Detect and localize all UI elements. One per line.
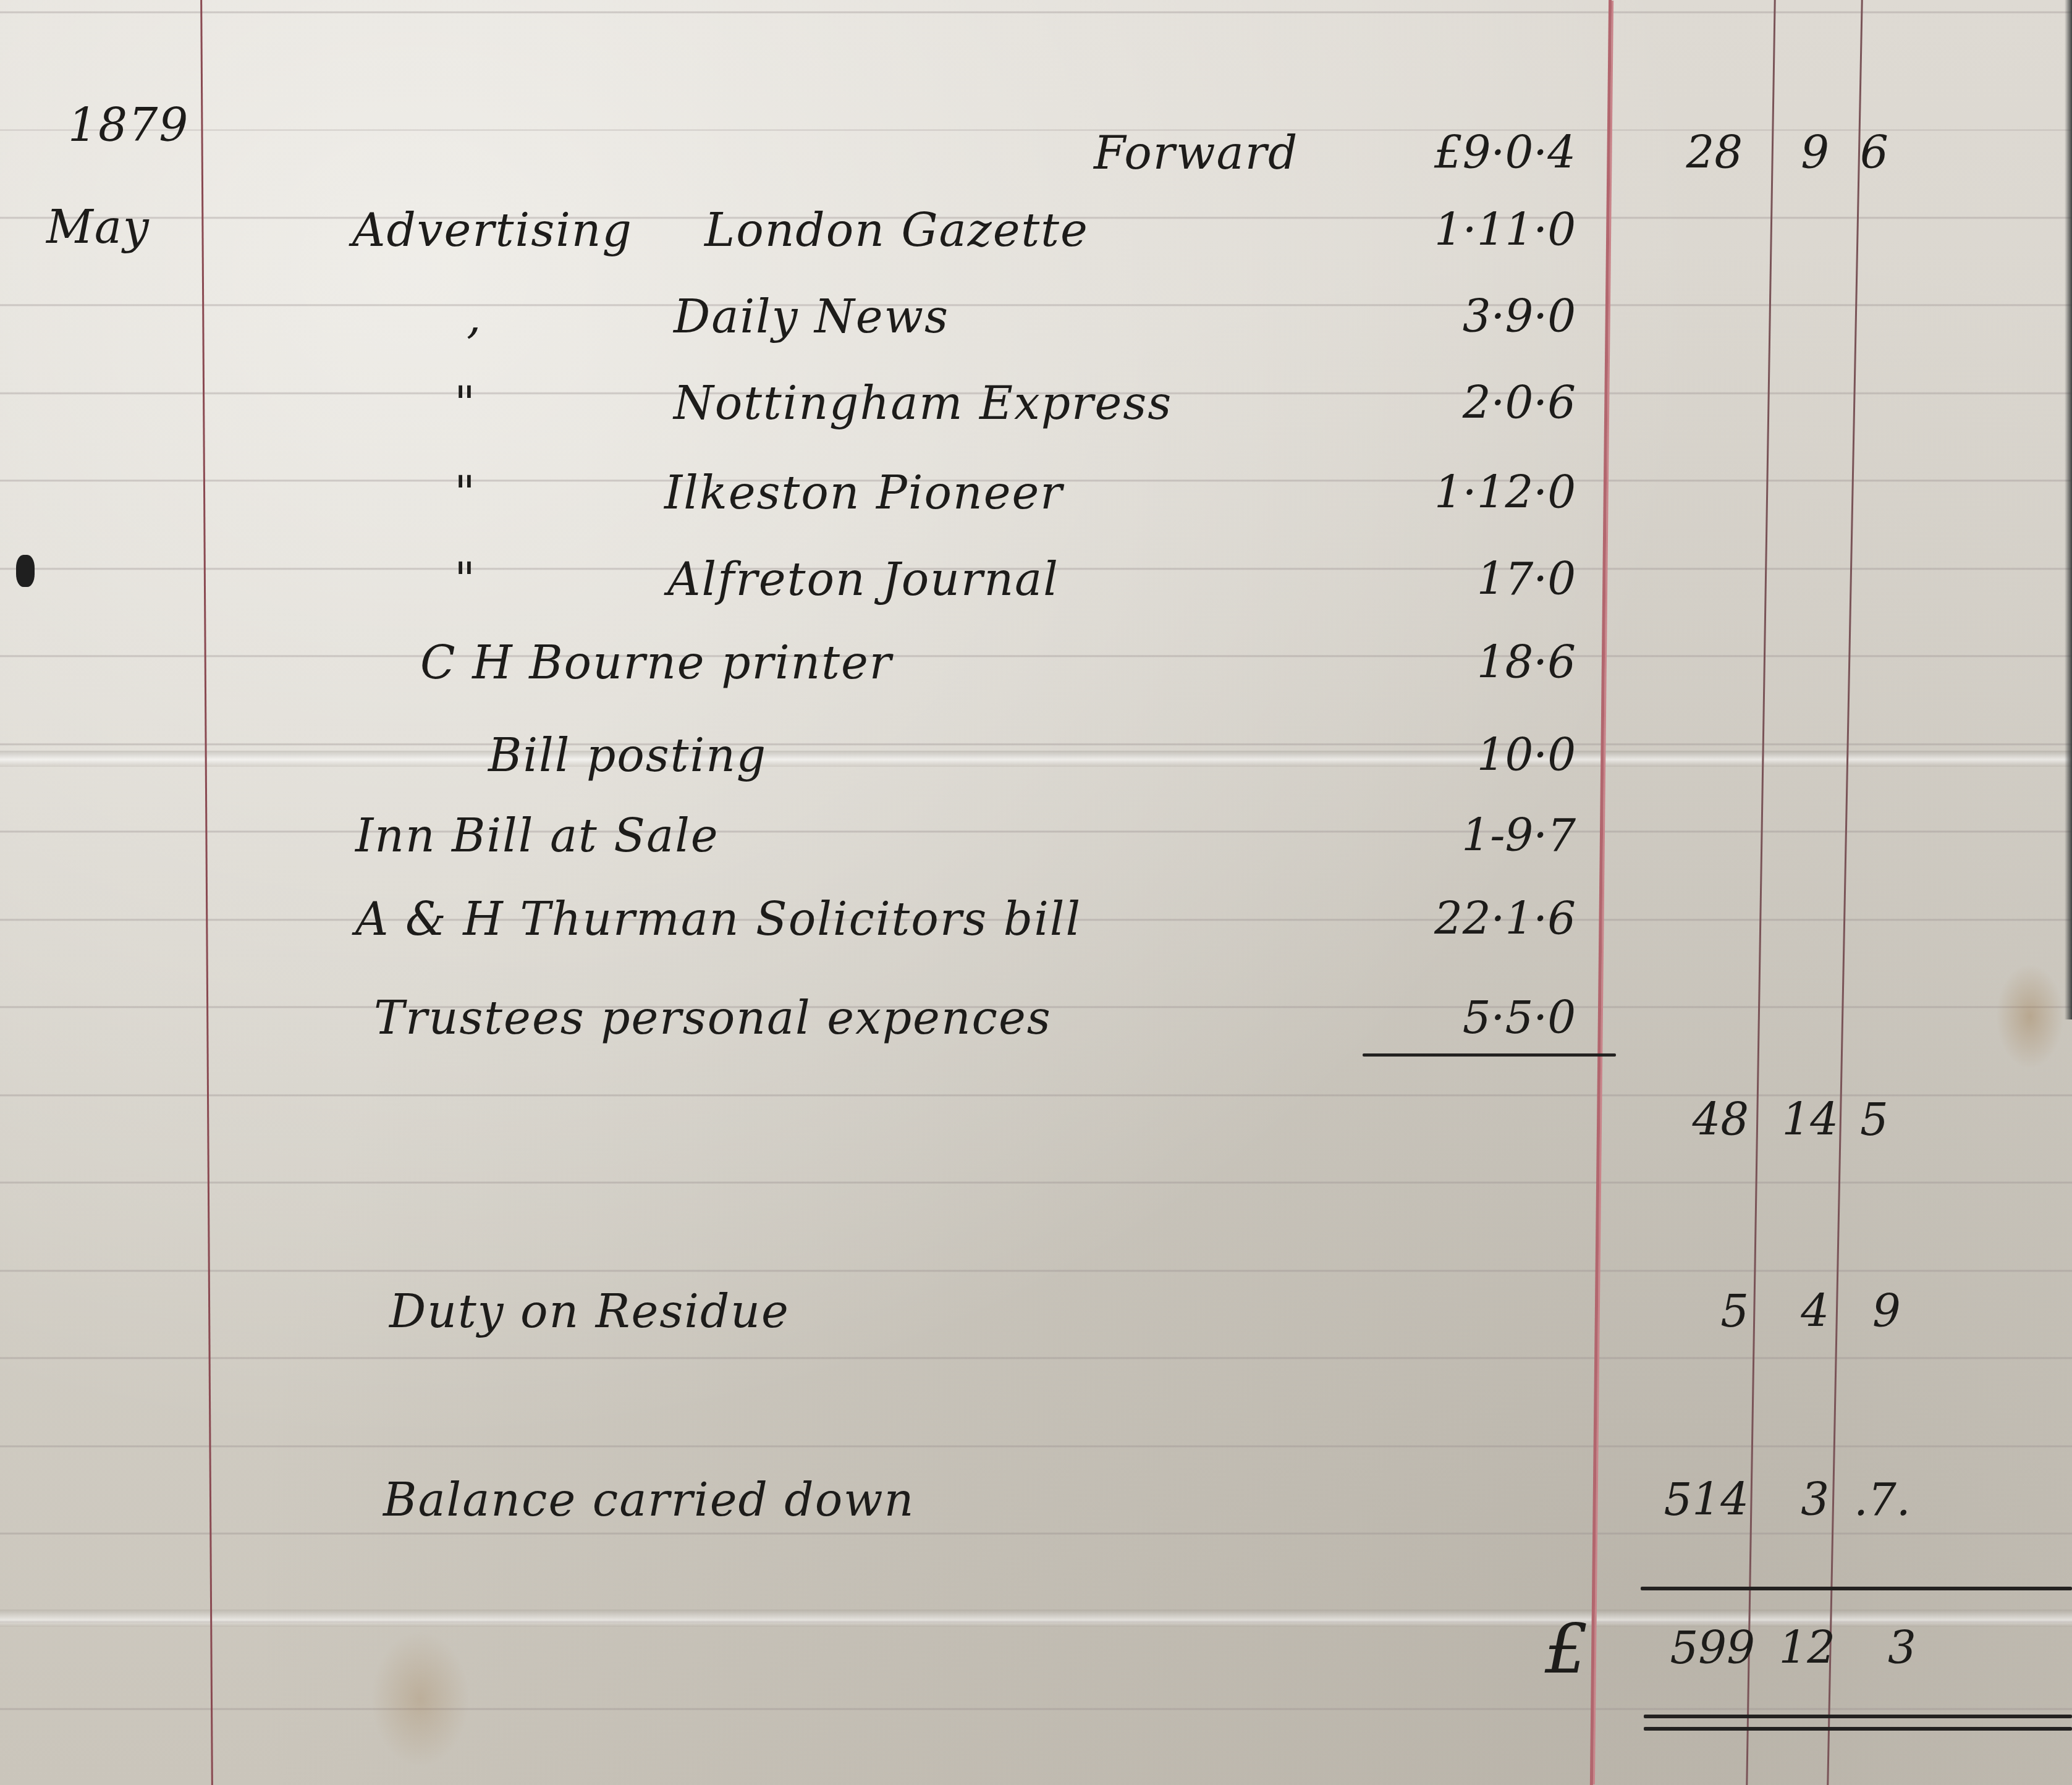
subtotal-shillings: 14 [1764,1094,1838,1146]
ink-blot [16,555,35,587]
subtotal-pence: 5 [1860,1094,1922,1146]
duty-label: Duty on Residue [389,1285,790,1338]
page-edge-shadow [2065,0,2072,1019]
forward-label: Forward [1094,127,1298,180]
total-shillings: 12 [1767,1622,1835,1674]
entry-amount: 2·0·6 [1329,377,1576,429]
balance-pounds: 514 [1638,1474,1749,1525]
entry-amount: 1·12·0 [1329,466,1576,518]
balance-shillings: 3 [1767,1474,1829,1525]
duty-pence: 9 [1872,1285,1934,1337]
forward-sub-amount: £9·0·4 [1341,127,1576,179]
entry-amount: 5·5·0 [1329,992,1576,1044]
entry-description: A & H Thurman Solicitors bill [355,893,1081,946]
duty-pounds: 5 [1638,1285,1749,1337]
entry-description: Alfreton Journal [667,553,1059,606]
subtotal-pounds: 48 [1638,1094,1749,1146]
entry-amount: 22·1·6 [1329,893,1576,945]
subtotal-rule [1363,1053,1616,1057]
entry-description: Ilkeston Pioneer [664,466,1063,520]
ledger-page: 1879 May Forward £9·0·4 28 9 6 Advertisi… [0,0,2072,1785]
entry-amount: 17·0 [1329,553,1576,605]
entry-description: Nottingham Express [674,377,1172,430]
balance-label: Balance carried down [383,1474,915,1527]
paper-fold-crease [0,751,2072,767]
entry-ditto-mark: " [454,377,476,430]
year-label: 1879 [68,99,189,152]
entry-ditto-mark: " [454,466,476,520]
total-double-rule-2 [1644,1727,2072,1731]
entry-description: Inn Bill at Sale [355,809,719,863]
total-pounds: 599 [1638,1622,1755,1674]
entry-amount: 18·6 [1329,636,1576,688]
forward-shillings: 9 [1767,127,1829,179]
stain-mark [1996,964,2064,1069]
entry-description: Trustees personal expences [374,992,1052,1045]
month-label: May [46,201,150,254]
entry-prefix: Advertising [352,204,633,257]
total-top-rule [1641,1587,2072,1590]
forward-pence: 6 [1860,127,1922,179]
entry-amount: 1-9·7 [1329,809,1576,861]
stain-mark-lower [371,1631,470,1767]
entry-description: Bill posting [488,729,767,782]
entry-description: C H Bourne printer [420,636,892,690]
total-pence: 3 [1888,1622,1950,1674]
entry-ditto-mark: , [467,290,483,344]
pound-sign: £ [1545,1610,1619,1689]
entry-amount: 1·11·0 [1329,204,1576,256]
total-double-rule-1 [1644,1715,2072,1718]
entry-description: Daily News [674,290,949,344]
balance-pence: .7. [1854,1474,1928,1525]
forward-pounds: 28 [1638,127,1743,179]
entry-amount: 3·9·0 [1329,290,1576,342]
entry-ditto-mark: " [454,553,476,606]
paper-fold-crease-lower [0,1610,2072,1627]
entry-description: London Gazette [704,204,1089,257]
duty-shillings: 4 [1767,1285,1829,1337]
entry-amount: 10·0 [1329,729,1576,781]
